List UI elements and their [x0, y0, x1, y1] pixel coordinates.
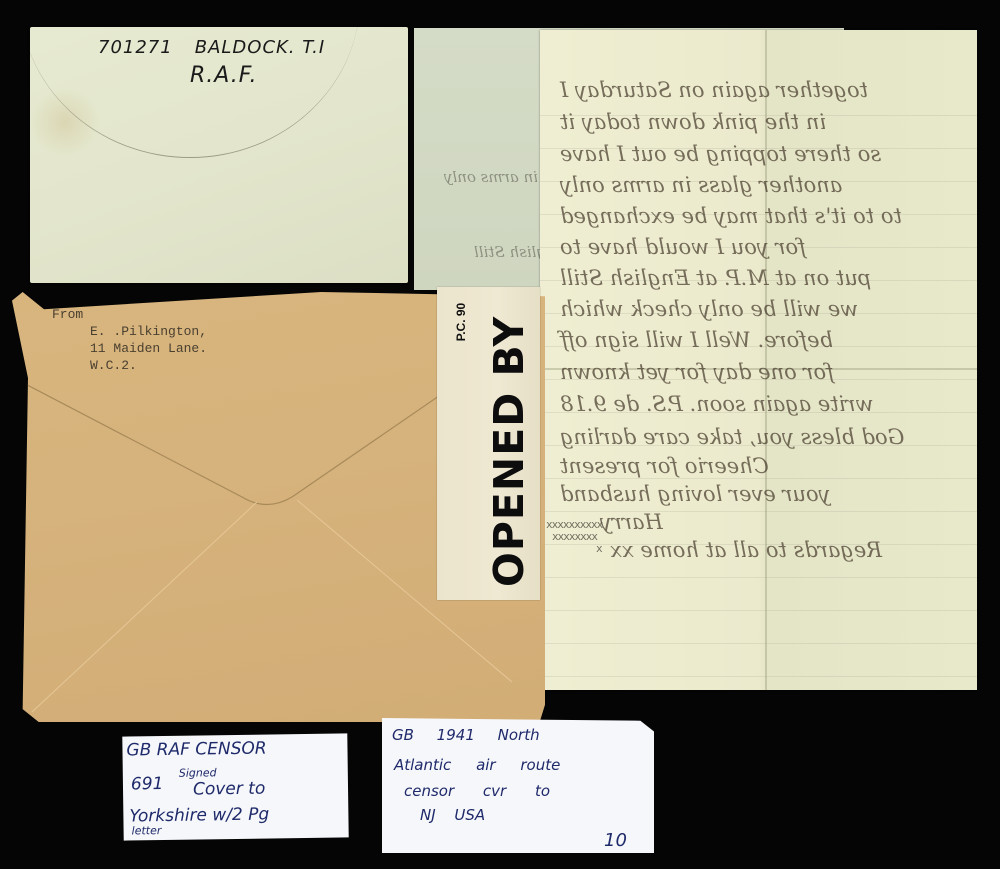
- letter-line: Regards to all at home xx: [610, 538, 930, 562]
- note-line: GB RAF CENSOR: [126, 739, 266, 761]
- sender-line: E. .Pilkington,: [90, 323, 207, 340]
- note-line: GB 1941 North: [392, 726, 540, 744]
- raf-unit: R.A.F.: [190, 63, 258, 88]
- letter-line: for one day for yet known: [560, 360, 960, 384]
- note-line: Atlantic air route: [394, 756, 560, 774]
- letter-line: write again soon. P.S. de 9.18: [560, 392, 960, 416]
- letter-line: another glass in arms only: [560, 173, 960, 197]
- censor-opened-by: OPENED BY: [485, 316, 533, 587]
- raf-envelope: 701271BALDOCK. T.I R.A.F.: [30, 27, 408, 283]
- note-line: 691: [131, 774, 164, 794]
- letter-signature: Harry: [600, 510, 850, 534]
- note-line: letter: [132, 824, 162, 837]
- note-price: 10: [604, 830, 627, 851]
- kisses: x: [596, 542, 602, 555]
- letter-line: for you I would have to: [560, 235, 960, 259]
- kisses: xxxxxxxx: [552, 530, 597, 543]
- note-line: censor cvr to: [404, 782, 550, 800]
- dealer-note-left: GB RAF CENSOR 691 Signed Cover to Yorksh…: [122, 733, 348, 840]
- note-insert: Signed: [179, 766, 217, 780]
- sender-address: From E. .Pilkington, 11 Maiden Lane. W.C…: [52, 306, 207, 374]
- from-label: From: [52, 307, 83, 322]
- raf-sender-line: 701271BALDOCK. T.I: [98, 37, 347, 58]
- sender-line: 11 Maiden Lane.: [90, 340, 207, 357]
- letter-line: Cheerio for present: [560, 454, 960, 478]
- sender-name: BALDOCK. T.I: [195, 37, 325, 58]
- letter-line: to to it's that may be exchanged: [560, 204, 960, 228]
- letter-line: before. Well I will sign off: [560, 328, 960, 352]
- censor-label: P.C. 90 OPENED BY: [437, 287, 540, 600]
- service-number: 701271: [98, 37, 173, 58]
- sender-line: W.C.2.: [90, 357, 207, 374]
- handwritten-letter: together again on Saturday I in the pink…: [540, 30, 977, 690]
- letter-line: put on at M.P. at English Still: [560, 266, 960, 290]
- dealer-note-right: GB 1941 North Atlantic air route censor …: [382, 718, 654, 853]
- letter-line: God bless you, take care darling: [560, 425, 960, 449]
- letter-line: your ever loving husband: [560, 482, 960, 506]
- letter-line: together again on Saturday I: [560, 78, 960, 102]
- letter-line: in the pink down today it: [560, 110, 960, 134]
- letter-line: we will be only check which: [560, 297, 960, 321]
- letter-line: so there topping be out I have: [560, 142, 960, 166]
- note-line: Cover to: [193, 779, 266, 800]
- note-line: NJ USA: [420, 806, 485, 824]
- censor-form-code: P.C. 90: [454, 292, 468, 352]
